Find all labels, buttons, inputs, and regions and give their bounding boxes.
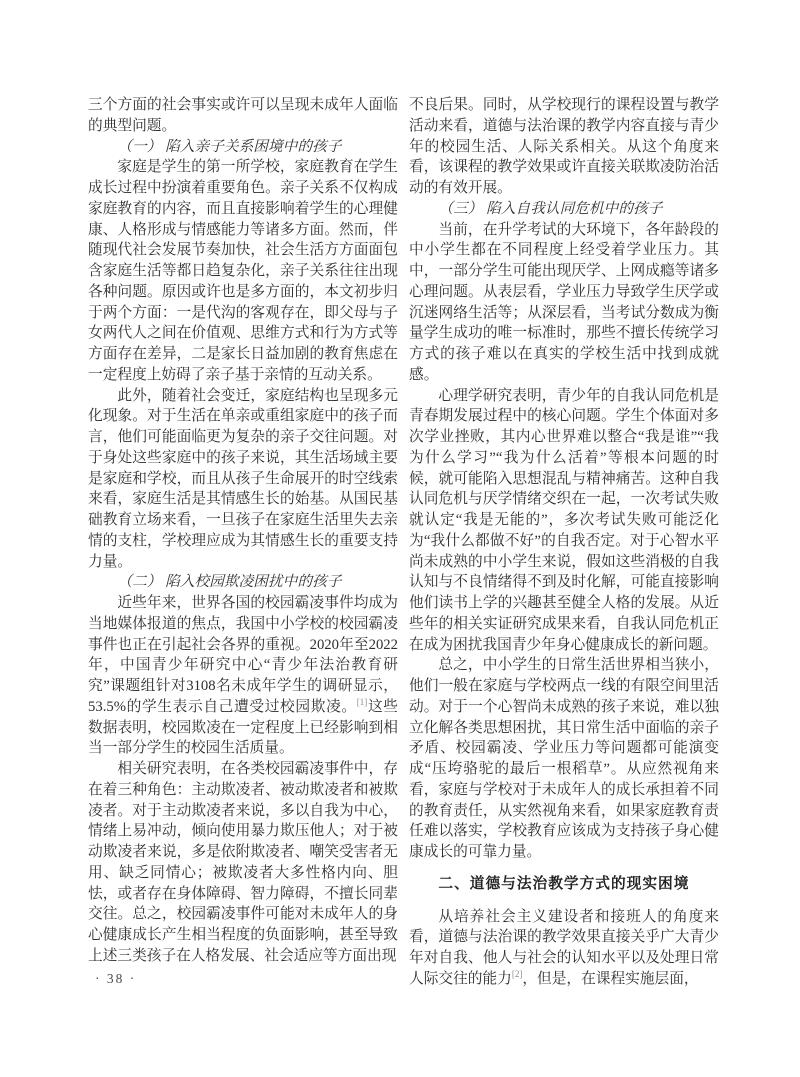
section-heading: 二、道德与法治教学方式的现实困境	[409, 874, 719, 895]
paragraph: 心理学研究表明，青少年的自我认同危机是青春期发展过程中的核心问题。学生个体面对多…	[409, 386, 719, 656]
page-number: · 38 ·	[95, 971, 136, 987]
citation-reference: [2]	[512, 969, 523, 979]
paragraph: 当前，在升学考试的大环境下，各年龄段的中小学生都在不同程度上经受着学业压力。其中…	[409, 220, 719, 386]
paragraph: 此外，随着社会变迁，家庭结构也呈现多元化现象。对于生活在单亲或重组家庭中的孩子而…	[88, 386, 398, 573]
right-column: 不良后果。同时，从学校现行的课程设置与教学活动来看，道德与法治课的教学内容直接与…	[409, 95, 719, 990]
citation-reference: [1]	[357, 697, 368, 707]
paper-page: 三个方面的社会事实或许可以呈现未成年人面临的典型问题。（一） 陷入亲子关系困境中…	[0, 0, 800, 1077]
left-column: 三个方面的社会事实或许可以呈现未成年人面临的典型问题。（一） 陷入亲子关系困境中…	[88, 95, 398, 990]
subsection-heading: （一） 陷入亲子关系困境中的孩子	[88, 137, 398, 158]
paragraph: 不良后果。同时，从学校现行的课程设置与教学活动来看，道德与法治课的教学内容直接与…	[409, 95, 719, 199]
paragraph: 从培养社会主义建设者和接班人的角度来看，道德与法治课的教学效果直接关乎广大青少年…	[409, 907, 719, 990]
text-columns: 三个方面的社会事实或许可以呈现未成年人面临的典型问题。（一） 陷入亲子关系困境中…	[88, 95, 719, 990]
paragraph: 相关研究表明，在各类校园霸凌事件中，存在着三种角色：主动欺凌者、被动欺凌者和被欺…	[88, 759, 398, 967]
paragraph: 三个方面的社会事实或许可以呈现未成年人面临的典型问题。	[88, 95, 398, 137]
subsection-heading: （二） 陷入校园欺凌困扰中的孩子	[88, 572, 398, 593]
subsection-heading: （三） 陷入自我认同危机中的孩子	[409, 199, 719, 220]
paragraph: 家庭是学生的第一所学校，家庭教育在学生成长过程中扮演着重要角色。亲子关系不仅构成…	[88, 157, 398, 385]
paragraph: 近些年来，世界各国的校园霸凌事件均成为当地媒体报道的焦点，我国中小学校的校园霸凌…	[88, 593, 398, 759]
paragraph: 总之，中小学生的日常生活世界相当狭小，他们一般在家庭与学校两点一线的有限空间里活…	[409, 655, 719, 863]
